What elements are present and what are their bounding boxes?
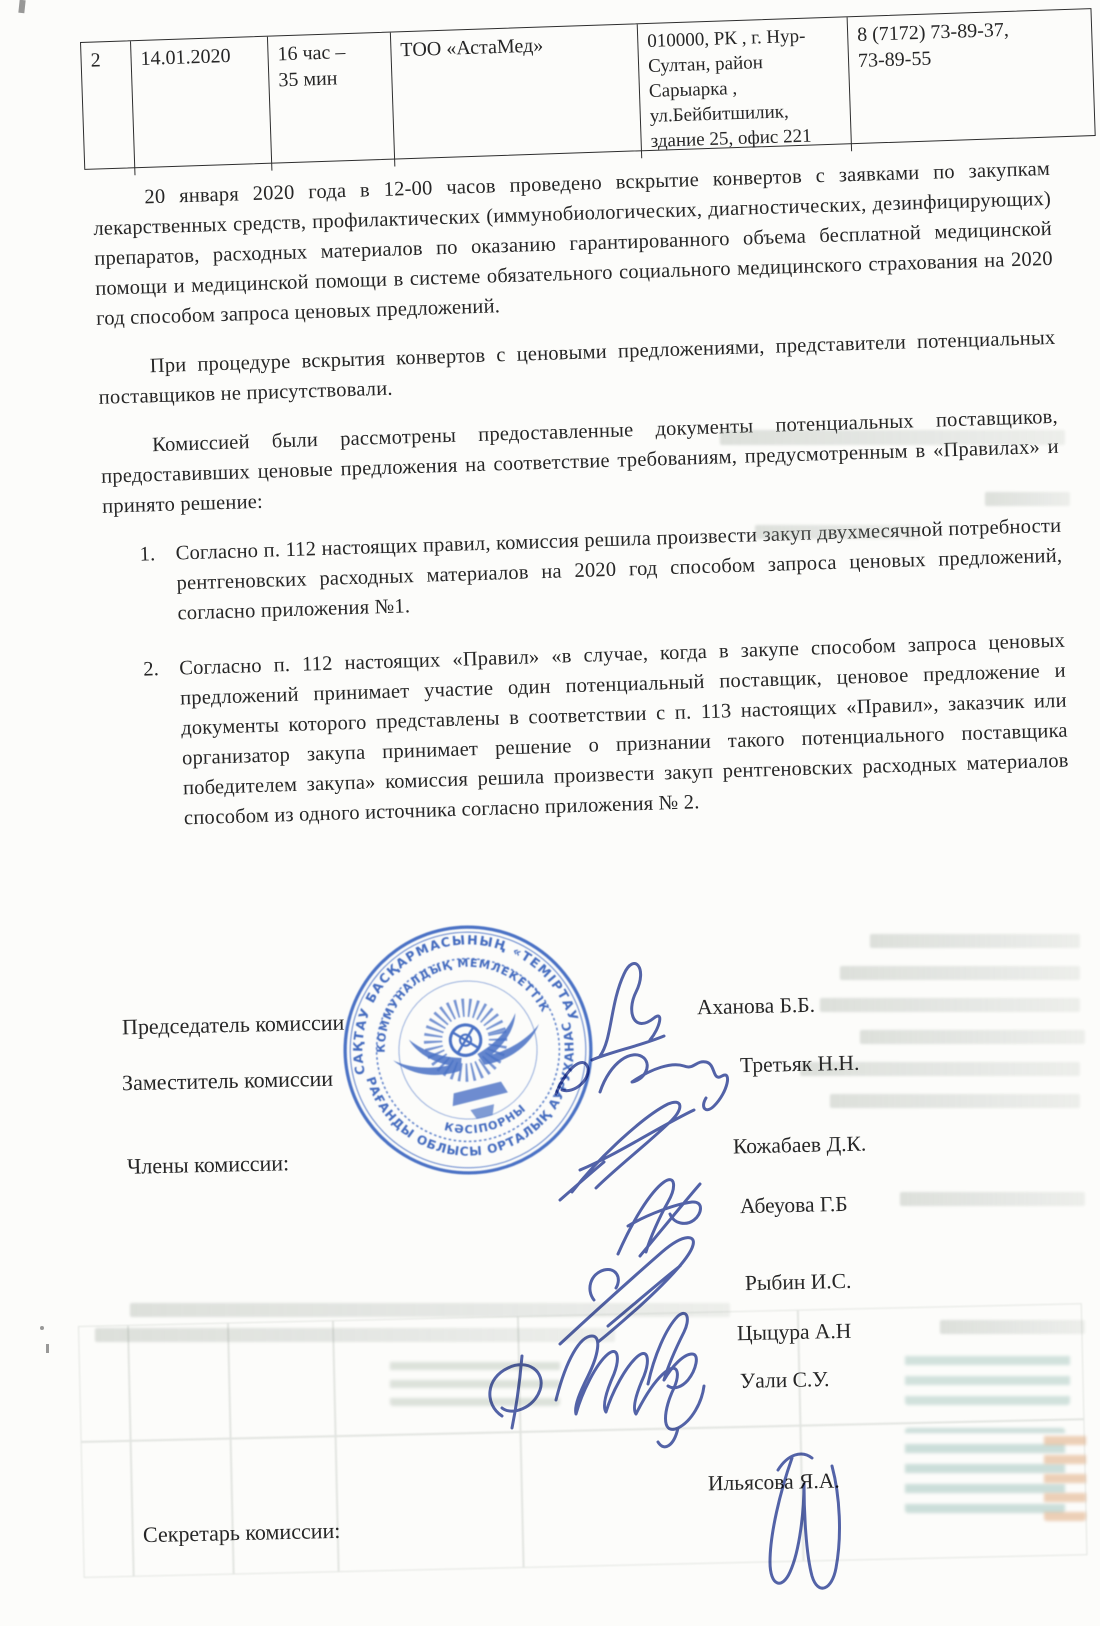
bleed-through-text-blob [1044,1426,1086,1521]
bleed-through-line [870,934,1080,948]
member-name-2: Абеуова Г.Б [740,1192,848,1219]
deputy-name: Третьяк Н.Н. [740,1051,860,1079]
decision-item-2: 2. Согласно п. 112 настоящих «Правил» «в… [107,626,1070,836]
decision-item-2-number: 2. [107,654,185,836]
paragraph-commission-review: Комиссией были рассмотрены предоставленн… [100,402,1060,522]
scanned-protocol-page: 2 14.01.2020 16 час – 35 мин ТОО «АстаМе… [0,0,1100,1626]
scan-artifact [18,0,25,13]
table-cell-number: 2 [81,41,135,177]
bleed-through-text-blob [905,1428,1065,1513]
table-cell-date: 14.01.2020 [131,37,272,176]
bleed-through-line [830,1094,1080,1108]
protocol-body: 20 января 2020 года в 12-00 часов провед… [92,154,1071,861]
decision-item-1-number: 1. [103,539,178,631]
bleed-through-line [900,1192,1085,1206]
paragraph-opening-envelopes: 20 января 2020 года в 12-00 часов провед… [92,154,1054,334]
scan-artifact [46,1344,49,1353]
chairman-label: Председатель комиссии [122,1010,345,1041]
official-round-stamp: САҚТАУ БАСҚАРМАСЫНЫҢ «ТЕМІРТАУ КОММУНАЛД… [336,918,600,1182]
paragraph-no-representatives: При процедуре вскрытия конвертов с ценов… [97,323,1056,413]
member-name-1: Кожабаев Д.К. [733,1132,867,1160]
bleed-through-line [840,966,1080,980]
secretary-label: Секретарь комиссии: [143,1518,341,1548]
member-name-5: Уали С.У. [740,1367,830,1394]
decision-item-1-text: Согласно п. 112 настоящих правил, комисс… [175,511,1063,629]
bleed-through-text-blob [905,1350,1070,1405]
bleed-through-line [820,998,1080,1012]
scan-artifact [40,1326,44,1330]
decision-item-2-text: Согласно п. 112 настоящих «Правил» «в сл… [179,626,1070,834]
bleed-through-line [860,1030,1085,1044]
table-cell-address: 010000, РК , г. Нур- Султан, район Сарыа… [638,17,852,158]
signature-abeuova [618,1180,701,1256]
suppliers-table: 2 14.01.2020 16 час – 35 мин ТОО «АстаМе… [80,8,1096,170]
signature-akhanova [592,964,664,1060]
bleed-through-text-blob [390,1360,560,1406]
decision-list: 1. Согласно п. 112 настоящих правил, ком… [103,511,1070,836]
table-cell-time: 16 час – 35 мин [268,33,395,171]
table-cell-phone: 8 (7172) 73-89-37, 73-89-55 [848,9,1097,151]
deputy-label: Заместитель комиссии [122,1066,334,1097]
secretary-name: Ильясова Я.А. [708,1469,840,1497]
member-name-3: Рыбин И.С. [745,1269,852,1296]
bleed-through-line [985,492,1070,506]
table-cell-supplier: ТОО «АстаМед» [391,24,642,166]
bleed-through-line [755,525,920,539]
chairman-name: Аханова Б.Б. [697,993,816,1021]
member-name-4: Цыцура А.Н [737,1319,852,1346]
bleed-through-line [720,430,1065,445]
members-label: Члены комиссии: [127,1150,290,1180]
